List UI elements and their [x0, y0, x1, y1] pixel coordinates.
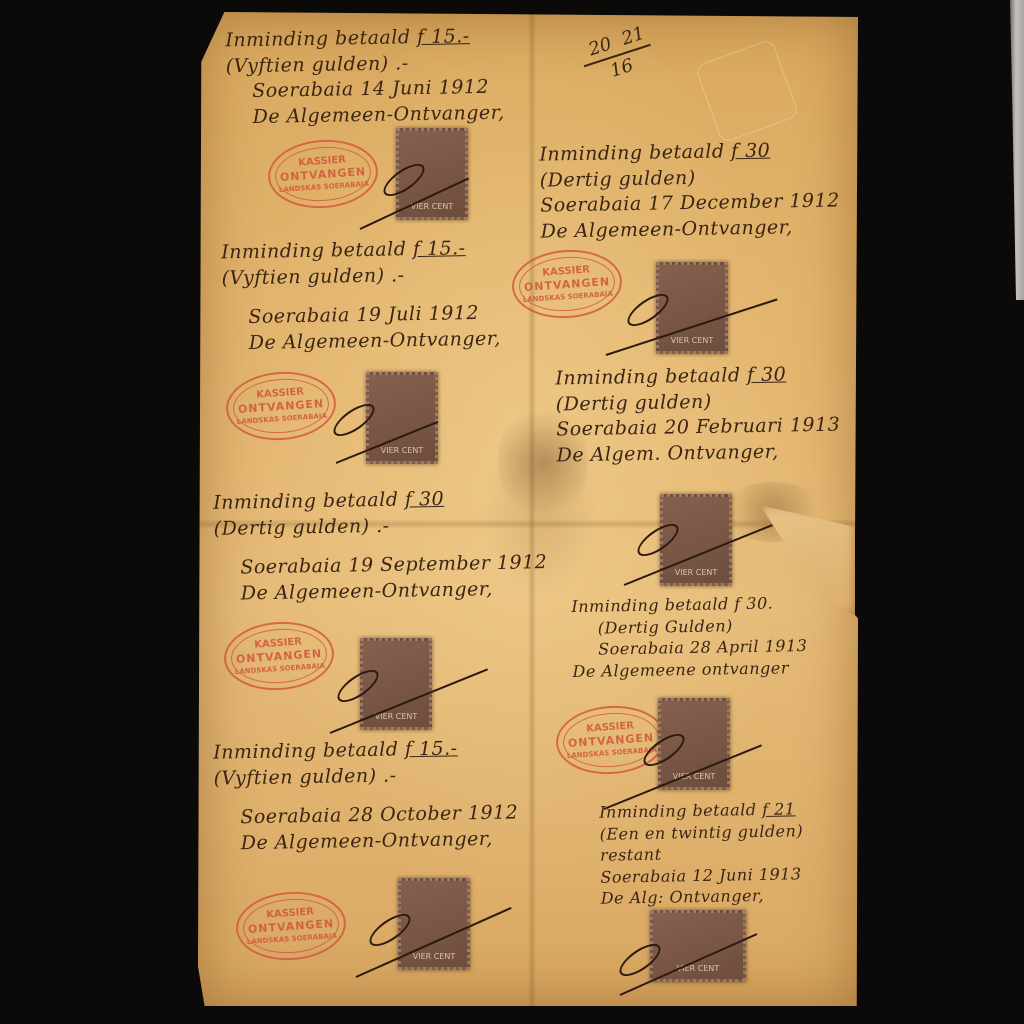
entry-amount-words: (Vyftien gulden) .- — [221, 261, 499, 291]
receipt-entry: Inminding betaald f 15.- (Vyftien gulden… — [221, 236, 501, 357]
entry-text: Inminding betaald — [555, 364, 741, 389]
entry-text: Inminding betaald — [213, 489, 399, 514]
background-object — [1004, 0, 1024, 300]
entry-signatory: De Algemeen-Ontvanger, — [540, 214, 840, 245]
entry-signatory: De Algemeen-Ontvanger, — [215, 826, 519, 857]
receipt-entry: Inminding betaald f 15.- (Vyftien gulden… — [225, 24, 505, 131]
entry-amount: f 30 — [731, 140, 771, 163]
receipt-entry: Inminding betaald f 30 (Dertig gulden) S… — [555, 362, 841, 470]
entry-text: Inminding betaald — [213, 738, 399, 763]
revenue-stamp: VIER CENT — [366, 372, 438, 464]
entry-signatory: De Alg: Ontvanger, — [601, 885, 805, 910]
entry-signatory: De Algemeen-Ontvanger, — [226, 100, 504, 130]
entry-amount: f 30. — [734, 594, 773, 614]
entry-amount: f 15.- — [405, 737, 458, 760]
entry-text: Inminding betaald — [221, 238, 407, 263]
revenue-stamp: VIER CENT — [656, 262, 728, 354]
receipt-entry: Inminding betaald f 30 (Dertig gulden) S… — [539, 137, 840, 245]
entry-signatory: De Algem. Ontvanger, — [556, 438, 840, 469]
entry-text: Inminding betaald — [599, 800, 757, 822]
entry-amount: f 30 — [405, 488, 445, 511]
entry-amount-words: (Vyftien gulden) .- — [213, 761, 517, 792]
entry-signatory: De Algemeene ontvanger — [572, 657, 808, 683]
entry-amount-words: (Dertig gulden) .- — [213, 511, 546, 542]
entry-amount: f 30 — [747, 363, 787, 386]
entry-date: Soerabaia 17 December 1912 — [540, 189, 840, 220]
entry-text: Inminding betaald — [539, 140, 725, 165]
entry-amount: f 21 — [762, 799, 796, 819]
entry-amount: f 15.- — [413, 237, 466, 260]
entry-text: Inminding betaald — [225, 26, 411, 51]
entry-signatory: De Algemeen-Ontvanger, — [223, 326, 501, 356]
entry-date: Soerabaia 12 Juni 1913 — [600, 863, 804, 888]
receipt-entry: Inminding betaald f 30 (Dertig gulden) .… — [213, 485, 548, 607]
entry-amount: f 15.- — [417, 25, 470, 48]
entry-amount-words: (Een en twintig gulden) — [599, 820, 803, 845]
receipt-entry: Inminding betaald f 15.- (Vyftien gulden… — [213, 735, 519, 857]
entry-text: Inminding betaald — [571, 594, 729, 616]
entry-date: Soerabaia 20 Februari 1913 — [556, 413, 840, 444]
receipt-entry: Inminding betaald f 30. (Dertig Gulden) … — [571, 592, 808, 682]
receipt-entry: Inminding betaald f 21 (Een en twintig g… — [599, 798, 804, 910]
